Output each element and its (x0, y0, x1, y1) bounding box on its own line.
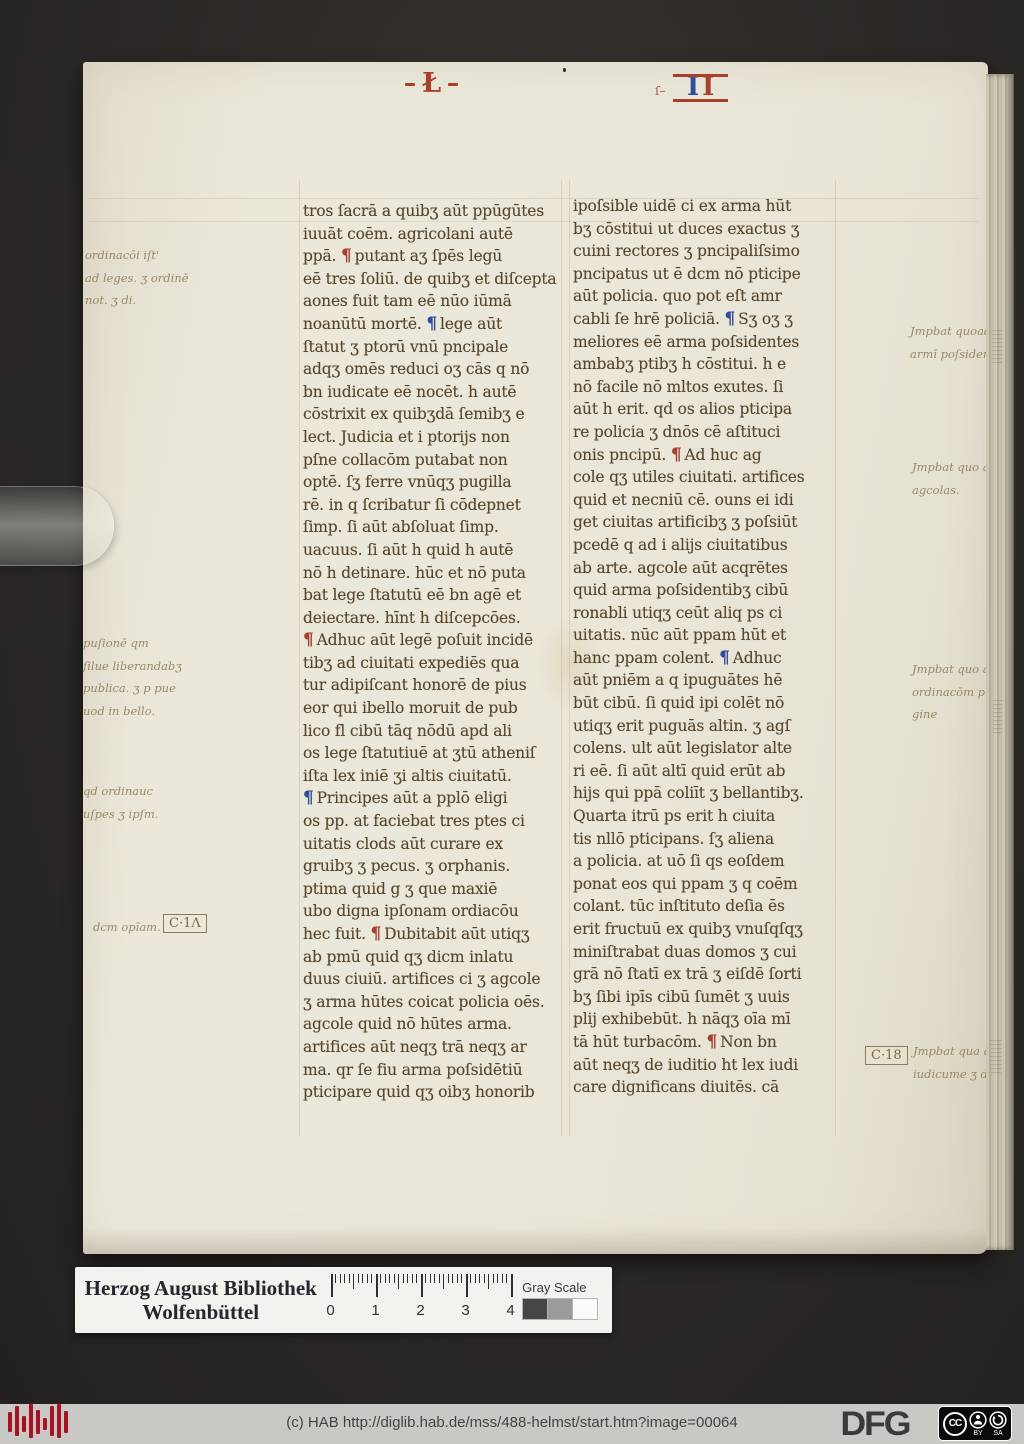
manuscript-text-line: agcole quid nō hūtes arma. (303, 1013, 563, 1036)
folio-numeral-left-glyph: Ł (422, 70, 441, 98)
ruler-tick (416, 1274, 417, 1283)
header-prefix-mark: ſ– (655, 84, 665, 98)
manuscript-text-line: re policia ʒ dnōs cē aſtituci (573, 421, 837, 444)
manuscript-text-line: uod in bello. (83, 704, 182, 727)
manuscript-text-line: tros ſacrā a quibʒ aūt ppūgūtes (303, 200, 563, 223)
ruler-tick (353, 1274, 354, 1289)
ruler-tick (470, 1274, 471, 1283)
manuscript-text-line: uitatis clods aūt curare ex (303, 833, 563, 856)
folio-numeral-stroke: I (702, 74, 714, 100)
manuscript-text-line: nō facile nō mltos exutes. ſi (573, 376, 837, 399)
manuscript-text-line: erit fructuū ex quibʒ vnuſqſqʒ (573, 918, 837, 941)
manuscript-text-line: Quarta itrū ps erit h ciuita (573, 805, 837, 828)
manuscript-text-line: Jmpbat quo ad (912, 460, 997, 483)
ruler-tick (331, 1274, 333, 1297)
pilcrow-mark: ¶ (303, 787, 314, 810)
manuscript-text-line: plij exhibebūt. h nāqʒ oīa mī (573, 1008, 837, 1031)
manuscript-text-line: bʒ cōstitui ut duces exactus ʒ (573, 218, 837, 241)
manuscript-text-line: cuini rectores ʒ pncipaliſsimo (573, 240, 837, 263)
manuscript-text-line: lico fl cibū tāq nōdū apd ali (303, 720, 563, 743)
ruler-tick (362, 1274, 363, 1283)
ruler-tick (493, 1274, 494, 1283)
ruler-tick (448, 1274, 449, 1283)
manuscript-text-line: ma. qr ſe fiu arma poſsidētiū (303, 1059, 563, 1082)
page-holder-strip (0, 486, 114, 566)
edge-scribble (992, 330, 1002, 364)
pilcrow-mark: ¶ (719, 647, 730, 670)
pilcrow-mark: ¶ (671, 444, 682, 467)
manuscript-text-line: ordinacōm pri (912, 685, 997, 708)
ornament-dash (405, 83, 415, 86)
manuscript-text-line: colant. tūc inſtituto deſia ēs (573, 895, 837, 918)
ruler-number: 1 (371, 1302, 379, 1319)
folio-mark-box: C·18 (865, 1046, 908, 1065)
centimeter-ruler: 01234 (327, 1272, 523, 1328)
ruler-tick (358, 1274, 359, 1283)
grayscale-swatches (522, 1298, 608, 1320)
ruler-tick (457, 1274, 458, 1283)
ruler-tick (479, 1274, 480, 1283)
manuscript-text-line: duus ciuiū. artifices ci ʒ agcole (303, 968, 563, 991)
manuscript-text-line: pncipatus ut ē dcm nō pticipe (573, 263, 837, 286)
manuscript-photo: Ł ſ– II tros ſacrā a quibʒ aūt ppūgūtesi… (0, 0, 1024, 1444)
margin-note: Jmpbat quo adagcolas. (912, 460, 997, 505)
manuscript-text-line: ſilue liberandabʒ (83, 659, 182, 682)
manuscript-text-line: ponat eos qui ppam ʒ q coēm (573, 873, 837, 896)
manuscript-text-line: iudicume ʒ di. (913, 1067, 995, 1090)
ruler-number: 3 (461, 1302, 469, 1319)
scale-reference-card: Herzog August Bibliothek Wolfenbüttel 01… (75, 1267, 612, 1333)
person-icon (969, 1411, 987, 1429)
grayscale-swatch (547, 1298, 573, 1320)
manuscript-text-line: os pp. at faciebat tres ptes ci (303, 810, 563, 833)
ruler-number: 0 (326, 1302, 334, 1319)
manuscript-page: Ł ſ– II tros ſacrā a quibʒ aūt ppūgūtesi… (83, 62, 988, 1254)
ruler-tick (389, 1274, 390, 1283)
manuscript-text-line: bat lege ſtatutū eē bn agē et (303, 584, 563, 607)
manuscript-text-line: rē. in q ſcribatur ſi cōdepnet (303, 494, 563, 517)
ink-dot (563, 68, 566, 72)
gray-scale-patch: Gray Scale (522, 1280, 612, 1320)
ruler-tick (407, 1274, 408, 1283)
gray-scale-label: Gray Scale (522, 1280, 608, 1295)
ruler-tick (371, 1274, 372, 1283)
manuscript-text-line: gine (912, 707, 997, 730)
manuscript-text-line: a policia. at uō ſi qs eoſdem (573, 850, 837, 873)
manuscript-text-line: ſtatut ʒ ptorū vnū pncipale (303, 336, 563, 359)
manuscript-text-line: care dignificans diuitēs. cā (573, 1076, 837, 1099)
manuscript-text-line: ad leges. ʒ ordinē (85, 271, 189, 294)
manuscript-text-line: get ciuitas artificibʒ ʒ poſsiūt (573, 511, 837, 534)
ruling-line-horizontal (89, 198, 979, 199)
manuscript-text-line: ipoſsible uidē ci ex arma hūt (573, 195, 837, 218)
left-text-column: tros ſacrā a quibʒ aūt ppūgūtesiuuāt coē… (303, 200, 563, 1104)
manuscript-text-line: ppā. ¶putant aʒ ſpēs legū (303, 245, 563, 268)
manuscript-text-line: iſta lex iniē ʒi altis ciuitatū. (303, 765, 563, 788)
manuscript-text-line: uacuus. ſi aūt h quid h autē (303, 539, 563, 562)
margin-note: puſionē qmſilue liberandabʒpublica. ʒ p … (83, 636, 182, 726)
manuscript-text-line: tur adipiſcant honorē de pius (303, 674, 563, 697)
manuscript-text-line: optē. ſʒ ferre vnūqʒ pugilla (303, 471, 563, 494)
ruler-tick (502, 1274, 503, 1283)
manuscript-text-line: cabli ſe hrē policiā. ¶Sʒ oʒ ʒ (573, 308, 837, 331)
manuscript-text-line: not. ʒ di. (85, 293, 189, 316)
ruler-tick (380, 1274, 381, 1283)
manuscript-text-line: aūt h erit. qd os alios pticipa (573, 398, 837, 421)
manuscript-text-line: pſne collacōm putabat non (303, 449, 563, 472)
pilcrow-mark: ¶ (303, 629, 314, 652)
ruler-tick (461, 1274, 462, 1283)
grayscale-swatch (572, 1298, 598, 1320)
ruler-tick (421, 1274, 423, 1297)
cc-by-item: BY (969, 1411, 987, 1437)
ornament-dash (448, 83, 458, 86)
ruler-tick (385, 1274, 386, 1283)
manuscript-text-line: colens. ult aūt legislator alte (573, 737, 837, 760)
manuscript-text-line: iuuāt coēm. agricolani autē (303, 223, 563, 246)
grayscale-swatch (522, 1298, 548, 1320)
ruler-tick (488, 1274, 489, 1289)
manuscript-text-line: ʒ arma hūtes coicat policia oēs. (303, 991, 563, 1014)
manuscript-text-line: tā hūt turbacōm. ¶Non bn (573, 1031, 837, 1054)
manuscript-text-line: qd ordinauc (83, 784, 158, 807)
manuscript-text-line: ¶Principes aūt a pplō eligi (303, 787, 563, 810)
manuscript-text-line: cōstrixit ex quibʒdā ſemibʒ e (303, 403, 563, 426)
folio-numeral-stroke: I (687, 74, 699, 100)
manuscript-text-line: hanc ppam colent. ¶Adhuc (573, 647, 837, 670)
manuscript-text-line: būt cibū. ſi quid ipi colēt nō (573, 692, 837, 715)
ruler-tick (484, 1274, 485, 1283)
manuscript-text-line: quid arma poſsidentibʒ cibū (573, 579, 837, 602)
ruler-tick (430, 1274, 431, 1283)
manuscript-text-line: aūt pniēm a q ipuguātes hē (573, 669, 837, 692)
pilcrow-mark: ¶ (426, 313, 437, 336)
footer-strip: (c) HAB http://diglib.hab.de/mss/488-hel… (0, 1404, 1024, 1444)
manuscript-text-line: ri eē. ſi aūt altī quid erūt ab (573, 760, 837, 783)
manuscript-text-line: uſpes ʒ ipſm. (83, 807, 158, 830)
manuscript-text-line: meliores eē arma poſsidentes (573, 331, 837, 354)
pilcrow-mark: ¶ (371, 923, 382, 946)
edge-scribble (993, 700, 1003, 734)
margin-note: Jmpbat qua o'iudicume ʒ di. (913, 1044, 995, 1089)
ruler-tick (452, 1274, 453, 1283)
manuscript-text-line: pcedē q ad i alijs ciuitatibus (573, 534, 837, 557)
ruler-tick (425, 1274, 426, 1283)
by-label: BY (973, 1430, 982, 1437)
ruler-tick (349, 1274, 350, 1283)
ruler-tick (434, 1274, 435, 1283)
ruler-tick (367, 1274, 368, 1283)
manuscript-text-line: deiectare. hīnt h diſcepcōes. (303, 607, 563, 630)
ruler-tick (340, 1274, 341, 1283)
manuscript-text-line: utiqʒ erit puguās altin. ʒ agſ (573, 715, 837, 738)
sa-label: SA (993, 1430, 1002, 1437)
manuscript-text-line: aones fuit tam eē nūo iūmā (303, 290, 563, 313)
ruler-tick (394, 1274, 395, 1283)
edge-scribble (991, 1040, 1001, 1074)
manuscript-text-line: tis nllō pticipans. ſʒ aliena (573, 828, 837, 851)
institution-line2: Wolfenbüttel (75, 1300, 327, 1324)
margin-note: ordinacōi iſt'ad leges. ʒ ordinēnot. ʒ d… (85, 248, 189, 316)
manuscript-text-line: noanūtū mortē. ¶lege aūt (303, 313, 563, 336)
manuscript-text-line: ¶Adhuc aūt legē poſuit incidē (303, 629, 563, 652)
manuscript-text-line: ab arte. agcole aūt acqrētes (573, 557, 837, 580)
ruler-tick (443, 1274, 444, 1289)
manuscript-text-line: pticipare quid qʒ oibʒ honorib (303, 1081, 563, 1104)
ruler-tick (335, 1274, 336, 1283)
manuscript-text-line: grā nō ſtatī ex trā ʒ eiſdē ſorti (573, 963, 837, 986)
ruler-number: 4 (506, 1302, 514, 1319)
ruler-tick (412, 1274, 413, 1283)
ruler-tick (439, 1274, 440, 1283)
pilcrow-mark: ¶ (341, 245, 352, 268)
manuscript-text-line: eē tres ſoliū. de quibʒ et diſcepta (303, 268, 563, 291)
manuscript-text-line: cole qʒ utiles ciuitati. artifices (573, 466, 837, 489)
manuscript-text-line: quid et necniū cē. ouns ei idi (573, 489, 837, 512)
manuscript-text-line: ordinacōi iſt' (85, 248, 189, 271)
manuscript-text-line: tibʒ ad ciuitati expediēs qua (303, 652, 563, 675)
ruler-tick (511, 1274, 513, 1297)
right-text-column: ipoſsible uidē ci ex arma hūtbʒ cōstitui… (573, 195, 837, 1099)
manuscript-text-line: bʒ ſibi ipīs cibū ſumēt ʒ uuis (573, 986, 837, 1009)
institution-name: Herzog August Bibliothek Wolfenbüttel (75, 1276, 327, 1324)
manuscript-text-line: adqʒ omēs reduci oʒ cās q nō (303, 358, 563, 381)
manuscript-text-line: Jmpbat qua o' (913, 1044, 995, 1067)
manuscript-text-line: ſimp. ſi aūt abſoluat ſimp. (303, 516, 563, 539)
manuscript-text-line: uitatis. nūc aūt ppam hūt et (573, 624, 837, 647)
ruler-tick (403, 1274, 404, 1283)
manuscript-text-line: ptima quid g ʒ que maxiē (303, 878, 563, 901)
manuscript-text-line: ronabli utiqʒ ceūt aliq ps ci (573, 602, 837, 625)
manuscript-text-line: publica. ʒ p pue (83, 681, 182, 704)
ruler-tick (376, 1274, 378, 1297)
manuscript-text-line: ab pmū quid qʒ dicm inlatu (303, 946, 563, 969)
manuscript-text-line: ambabʒ ptibʒ h cōstitui. h e (573, 353, 837, 376)
manuscript-text-line: aūt policia. quo pot eſt amr (573, 285, 837, 308)
ruler-tick (506, 1274, 507, 1283)
ruler-tick (344, 1274, 345, 1283)
ruling-line-vertical (299, 180, 300, 1136)
ruler-number: 2 (416, 1302, 424, 1319)
manuscript-text-line: hec fuit. ¶Dubitabit aūt utiqʒ (303, 923, 563, 946)
folio-numeral-left: Ł (405, 70, 458, 98)
manuscript-text-line: hijs qui ppā coliīt ʒ bellantibʒ. (573, 782, 837, 805)
share-alike-icon (989, 1411, 1007, 1429)
manuscript-text-line: puſionē qm (83, 636, 182, 659)
manuscript-text-line: ubo digna ipſonam ordiacōu (303, 900, 563, 923)
folio-mark-box: C·1Λ (163, 914, 207, 933)
margin-note: dcm opīam. (93, 920, 161, 934)
ruler-tick (475, 1274, 476, 1283)
cc-sa-item: SA (989, 1411, 1007, 1437)
manuscript-text-line: eor qui ibello moruit de pub (303, 697, 563, 720)
manuscript-text-line: onis pncipū. ¶Ad huc ag (573, 444, 837, 467)
institution-line1: Herzog August Bibliothek (75, 1276, 327, 1300)
ruler-tick (398, 1274, 399, 1289)
manuscript-text-line: artifices aūt neqʒ trā neqʒ ar (303, 1036, 563, 1059)
cc-license-badge: CC BY SA (938, 1406, 1012, 1441)
pilcrow-mark: ¶ (706, 1031, 717, 1054)
manuscript-text-line: agcolas. (912, 483, 997, 506)
folio-numeral-right: II (681, 72, 720, 102)
manuscript-text-line: lect. Judicia et i ptorijs non (303, 426, 563, 449)
manuscript-text-line: gruibʒ ʒ pecus. ʒ orphanis. (303, 855, 563, 878)
manuscript-text-line: aūt neqʒ de iuditio ht lex iudi (573, 1054, 837, 1077)
manuscript-text-line: Jmpbat quo ad (912, 662, 997, 685)
manuscript-text-line: nō h detinare. hūc et nō puta (303, 562, 563, 585)
manuscript-text-line: bn iudicate eē nocēt. h autē (303, 381, 563, 404)
ruler-tick (466, 1274, 468, 1297)
margin-note: qd ordinaucuſpes ʒ ipſm. (83, 784, 158, 829)
dfg-logo: DFG (840, 1405, 909, 1443)
margin-note: Jmpbat quo adordinacōm prigine (912, 662, 997, 730)
pilcrow-mark: ¶ (725, 308, 736, 331)
manuscript-text-line: os lege ſtatutiuē at ʒtū atheniſ (303, 742, 563, 765)
ruler-tick (497, 1274, 498, 1283)
manuscript-text-line: miniſtrabat duas domos ʒ cui (573, 941, 837, 964)
cc-icon: CC (943, 1412, 967, 1436)
